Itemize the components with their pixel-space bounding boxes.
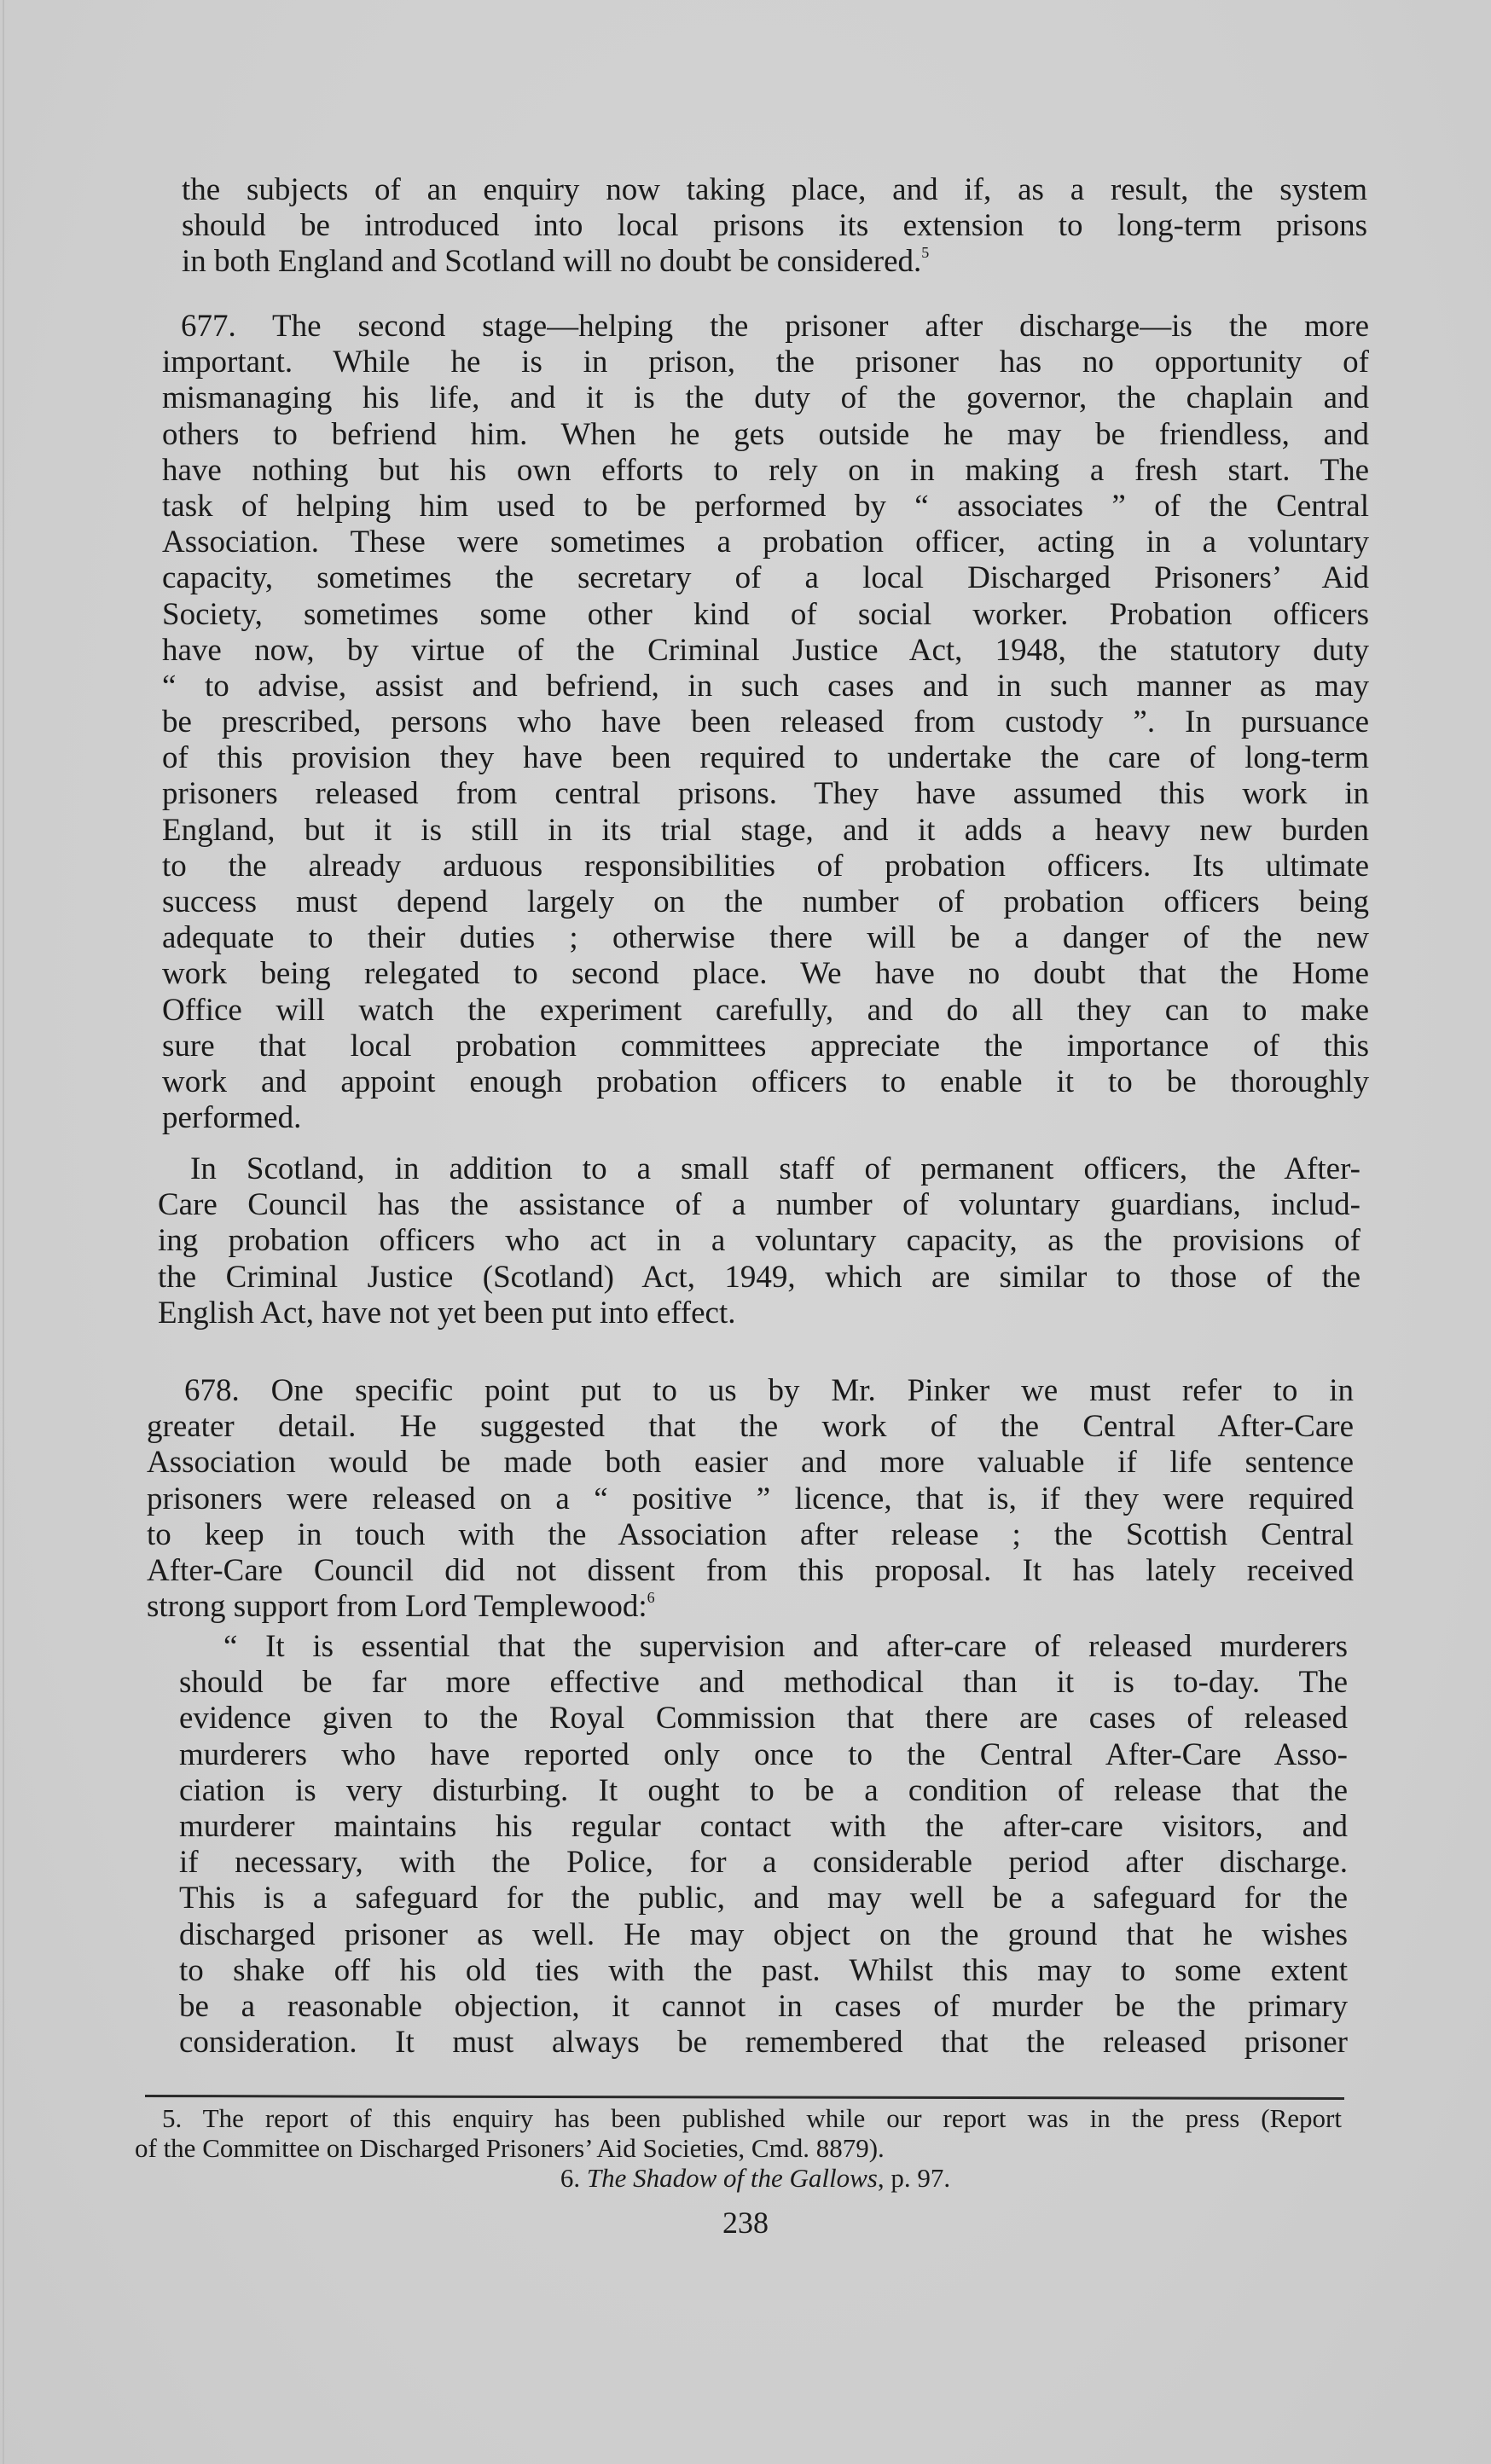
text-line: of this provision they have been require…: [162, 740, 1369, 776]
text-line: have nothing but his own efforts to rely…: [162, 453, 1369, 489]
text-line: Association. These were sometimes a prob…: [162, 525, 1369, 560]
text-line: should be far more effective and methodi…: [179, 1665, 1348, 1701]
footnote-ref-6[interactable]: 6: [647, 1589, 655, 1606]
text-line: ciation is very disturbing. It ought to …: [179, 1773, 1348, 1809]
text-line: success must depend largely on the numbe…: [162, 884, 1369, 920]
text-line: sure that local probation committees app…: [162, 1029, 1369, 1064]
text-line: Office will watch the experiment careful…: [162, 993, 1369, 1029]
text-line: be prescribed, persons who have been rel…: [162, 704, 1369, 740]
text-line: 677. The second stage—helping the prison…: [162, 309, 1369, 345]
text-line: task of helping him used to be performed…: [162, 489, 1369, 525]
text-line: This is a safeguard for the public, and …: [179, 1881, 1348, 1916]
paragraph-677: 677. The second stage—helping the prison…: [162, 309, 1369, 1136]
text-line: the subjects of an enquiry now taking pl…: [182, 172, 1367, 208]
text-line: others to befriend him. When he gets out…: [162, 417, 1369, 453]
text-line: discharged prisoner as well. He may obje…: [179, 1917, 1348, 1953]
text-line: 678. One specific point put to us by Mr.…: [147, 1373, 1354, 1409]
footnote-ref-5[interactable]: 5: [921, 244, 929, 261]
text-line: Association would be made both easier an…: [147, 1445, 1354, 1481]
text-line: work being relegated to second place. We…: [162, 956, 1369, 992]
footnote-5-line: of the Committee on Discharged Prisoners…: [135, 2133, 1342, 2163]
text-line: the Criminal Justice (Scotland) Act, 194…: [158, 1260, 1360, 1296]
text-line: prisoners released from central prisons.…: [162, 776, 1369, 812]
text-line: mismanaging his life, and it is the duty…: [162, 380, 1369, 416]
scanned-page: the subjects of an enquiry now taking pl…: [0, 0, 1491, 2464]
footnote-divider: [145, 2095, 1344, 2100]
footnote-6: 6. The Shadow of the Gallows, p. 97.: [135, 2163, 1342, 2193]
text-line: ing probation officers who act in a volu…: [158, 1223, 1360, 1259]
templewood-quotation: “ It is essential that the supervision a…: [179, 1629, 1348, 2061]
text-line: prisoners were released on a “ positive …: [147, 1481, 1354, 1517]
footnote-5-line: 5. The report of this enquiry has been p…: [135, 2103, 1342, 2133]
footnotes: 5. The report of this enquiry has been p…: [135, 2103, 1342, 2193]
text-line: evidence given to the Royal Commission t…: [179, 1701, 1348, 1736]
text-line: be a reasonable objection, it cannot in …: [179, 1989, 1348, 2025]
text-line: should be introduced into local prisons …: [182, 208, 1367, 244]
text-line: adequate to their duties ; otherwise the…: [162, 920, 1369, 956]
footnote-6-title: The Shadow of the Gallows: [587, 2163, 878, 2193]
text-line: important. While he is in prison, the pr…: [162, 345, 1369, 380]
text-line: greater detail. He suggested that the wo…: [147, 1409, 1354, 1445]
paragraph-scotland: In Scotland, in addition to a small staf…: [158, 1151, 1360, 1331]
text-line: English Act, have not yet been put into …: [158, 1296, 1360, 1331]
text-line: murderer maintains his regular contact w…: [179, 1809, 1348, 1845]
text-line: work and appoint enough probation office…: [162, 1064, 1369, 1100]
text-line: capacity, sometimes the secretary of a l…: [162, 560, 1369, 596]
text-line: murderers who have reported only once to…: [179, 1737, 1348, 1773]
continuation-paragraph: the subjects of an enquiry now taking pl…: [182, 172, 1367, 281]
text-line: After-Care Council did not dissent from …: [147, 1553, 1354, 1589]
text-line: consideration. It must always be remembe…: [179, 2025, 1348, 2061]
text-line: Care Council has the assistance of a num…: [158, 1187, 1360, 1223]
text-line: if necessary, with the Police, for a con…: [179, 1845, 1348, 1881]
text-line: to the already arduous responsibilities …: [162, 849, 1369, 884]
text-line: strong support from Lord Templewood:6: [147, 1589, 1354, 1625]
text-line: England, but it is still in its trial st…: [162, 813, 1369, 849]
text-line: “ to advise, assist and befriend, in suc…: [162, 669, 1369, 704]
paragraph-678: 678. One specific point put to us by Mr.…: [147, 1373, 1354, 1625]
text-line: “ It is essential that the supervision a…: [179, 1629, 1348, 1665]
text-line: performed.: [162, 1100, 1369, 1136]
text-line: Society, sometimes some other kind of so…: [162, 597, 1369, 633]
text-line: to shake off his old ties with the past.…: [179, 1953, 1348, 1989]
text-line: to keep in touch with the Association af…: [147, 1517, 1354, 1553]
page-edge: [3, 0, 4, 2464]
text-line: In Scotland, in addition to a small staf…: [158, 1151, 1360, 1187]
page-number: 238: [0, 2205, 1491, 2241]
text-line: have now, by virtue of the Criminal Just…: [162, 633, 1369, 669]
text-line: in both England and Scotland will no dou…: [182, 244, 1367, 280]
